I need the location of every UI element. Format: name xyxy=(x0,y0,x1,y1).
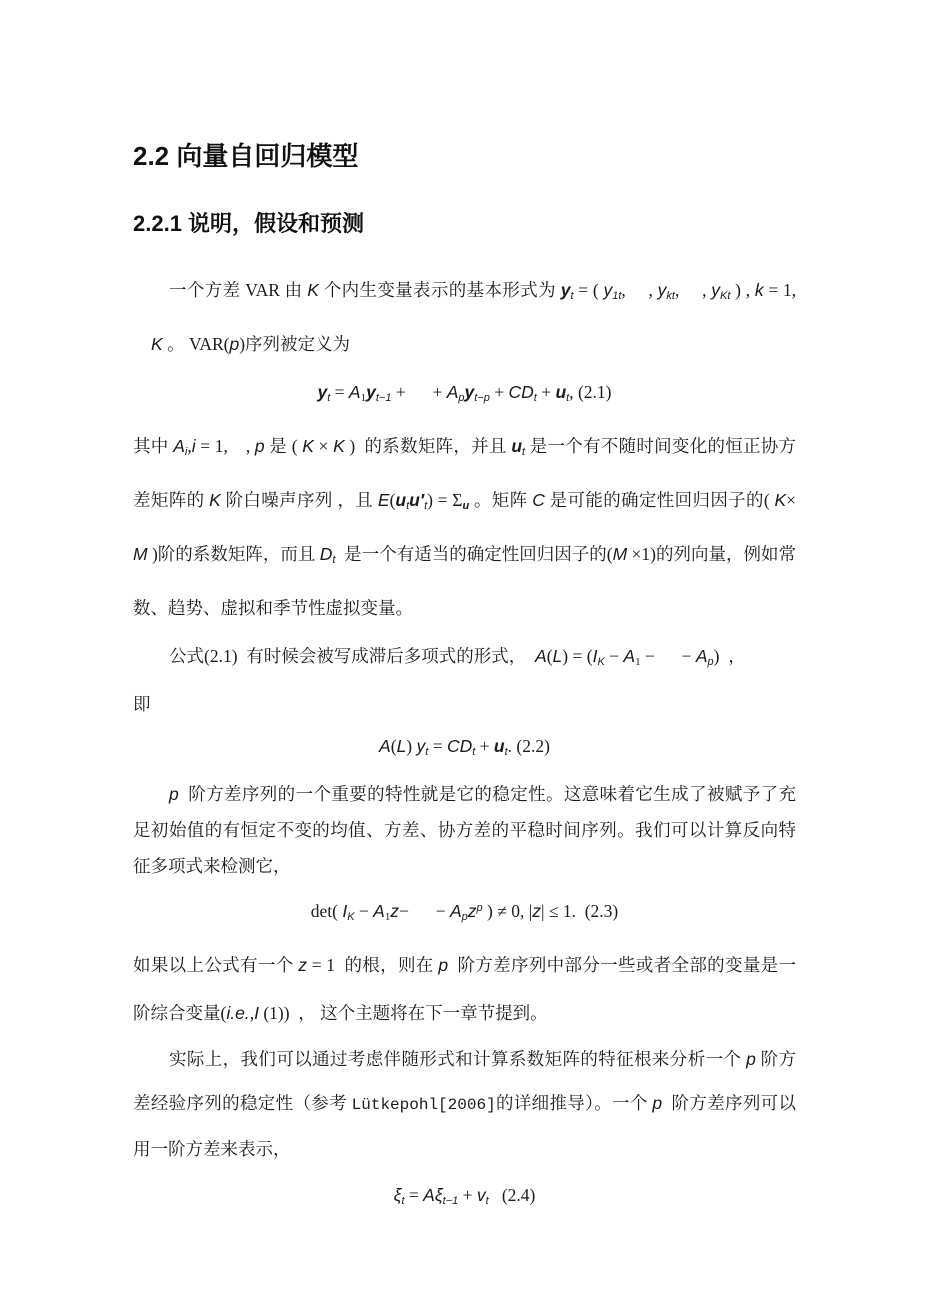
text-run: ( xyxy=(332,901,342,921)
text-run: K xyxy=(774,490,786,510)
text-run: K xyxy=(333,436,345,456)
text-run: , xyxy=(621,280,630,300)
text-run: A xyxy=(173,436,185,456)
text-run: p xyxy=(229,334,239,354)
text-run: p xyxy=(438,955,448,975)
text-run: y xyxy=(366,382,376,402)
text-run: A xyxy=(349,382,361,402)
text-run: M xyxy=(133,544,148,564)
text-run: , xyxy=(649,280,658,300)
text-run: 即 xyxy=(133,694,151,714)
text-run: (2.3) xyxy=(585,901,619,921)
text-run: 是一个有适当的确定性回归因子的 xyxy=(335,544,606,564)
text-run: kt xyxy=(666,290,675,302)
text-run: u xyxy=(511,436,522,456)
text-run: − xyxy=(355,901,374,921)
text-run: 实际上，我们可以通过考虑伴随形式和计算系数矩阵的特征根来分析一个 xyxy=(169,1049,746,1069)
text-run: A xyxy=(379,736,391,756)
formula-2-1: yt = A1yt−1 + + Apyt−p + CDt + ut, (2.1) xyxy=(133,368,796,422)
text-run: A xyxy=(450,901,462,921)
text-run: z xyxy=(298,955,307,975)
text-run: ) xyxy=(406,736,416,756)
text-run: u xyxy=(555,382,566,402)
text-run: + xyxy=(458,1185,477,1205)
text-run: A xyxy=(373,901,385,921)
text-run: + xyxy=(490,382,509,402)
text-run: M xyxy=(613,544,628,564)
text-run: y xyxy=(603,280,612,300)
text-run: 阶方差序列的一个重要的特性就是它的稳定性。这意味着它生成了被赋予了充足初始值的有… xyxy=(133,784,796,876)
paragraph-stability: p 阶方差序列的一个重要的特性就是它的稳定性。这意味着它生成了被赋予了充足初始值… xyxy=(133,776,796,884)
text-run: , xyxy=(569,382,578,402)
text-run: (2.4) xyxy=(502,1185,536,1205)
text-run: , xyxy=(675,280,684,300)
text-run: + xyxy=(537,382,556,402)
text-run: K xyxy=(597,656,604,668)
text-run: y xyxy=(318,382,328,402)
text-run xyxy=(489,1185,502,1205)
text-run: ( xyxy=(292,436,302,456)
text-run: u xyxy=(494,736,505,756)
text-run: ) , xyxy=(730,280,750,300)
text-run: VAR xyxy=(245,280,280,300)
text-run: E xyxy=(378,490,390,510)
text-run: 的根，则在 xyxy=(335,955,438,975)
text-run: 序列被定义为 xyxy=(245,334,350,354)
text-run: 。矩阵 xyxy=(469,490,532,510)
paragraph-namely: 即 xyxy=(133,686,796,722)
section-heading: 2.2 向量自回归模型 xyxy=(133,140,796,172)
text-run: t−p xyxy=(474,392,490,404)
subsection-heading: 2.2.1 说明，假设和预测 xyxy=(133,210,796,238)
text-run: i.e. xyxy=(226,1003,249,1023)
text-run: + xyxy=(391,382,410,402)
text-run: A xyxy=(423,1185,435,1205)
text-run: u′ xyxy=(409,490,424,510)
text-run: ξ xyxy=(435,1185,443,1205)
formula-2-3: det( IK − A1z− − Apzp ) ≠ 0, |z| ≤ 1. (2… xyxy=(133,884,796,941)
text-run: A xyxy=(623,646,635,666)
text-run: × xyxy=(786,490,800,510)
text-run: t−1 xyxy=(443,1195,459,1207)
paragraph-lag-polynomial: 公式(2.1) 有时候会被写成滞后多项式的形式， A(L) = (IK − A1… xyxy=(133,632,796,686)
text-run: 如果以上公式有一个 xyxy=(133,955,298,975)
text-run: + xyxy=(475,736,494,756)
text-run: ) = Σ xyxy=(427,490,462,510)
paragraph-unit-root: 如果以上公式有一个 z = 1 的根，则在 p 阶方差序列中部分一些或者全部的变… xyxy=(133,941,796,1037)
text-run: = xyxy=(428,736,447,756)
text-run: p xyxy=(746,1049,756,1069)
text-run: (2.1) xyxy=(578,382,612,402)
text-run: (2.1) xyxy=(204,646,238,666)
text-run: K xyxy=(151,334,163,354)
text-run: CD xyxy=(508,382,533,402)
text-run: z xyxy=(390,901,399,921)
text-run: = 1, xyxy=(196,436,228,456)
formula-2-2: A(L) yt = CDt + ut. (2.2) xyxy=(133,722,796,776)
text-run: 的系数矩阵，并且 xyxy=(355,436,511,456)
text-run: z xyxy=(468,901,477,921)
text-run: 由 xyxy=(280,280,307,300)
paragraph-coefficient-matrices: 其中 Ai,i = 1,, p 是 ( K × K ) 的系数矩阵，并且 ut … xyxy=(133,422,796,632)
text-run: = xyxy=(405,1185,424,1205)
text-run: K xyxy=(347,911,354,923)
text-run: ( xyxy=(764,490,775,510)
text-run: p xyxy=(169,784,179,804)
text-run: CD xyxy=(447,736,472,756)
text-run: = 1, xyxy=(764,280,796,300)
text-run: − xyxy=(605,646,624,666)
text-run: 。 xyxy=(163,334,189,354)
text-run: , xyxy=(702,280,711,300)
text-run: ， 这个主题将在下一章节提到。 xyxy=(290,1003,548,1023)
text-run: k xyxy=(755,280,764,300)
text-run: (2.2) xyxy=(516,736,550,756)
text-run: − xyxy=(677,646,696,666)
text-run: × xyxy=(314,436,333,456)
text-run: 其中 xyxy=(133,436,173,456)
text-run: − xyxy=(399,901,413,921)
text-run: 是 xyxy=(265,436,292,456)
text-run: ) xyxy=(345,436,355,456)
text-run: L xyxy=(553,646,563,666)
text-run: v xyxy=(477,1185,486,1205)
text-run: VAR xyxy=(189,334,224,354)
text-run: ×1) xyxy=(627,544,656,564)
text-run: t−1 xyxy=(376,392,392,404)
document-page: 2.2 向量自回归模型 2.2.1 说明，假设和预测 一个方差 VAR 由 K … xyxy=(0,0,926,1309)
text-run: 一个方差 xyxy=(169,280,245,300)
paragraph-companion-form: 实际上，我们可以通过考虑伴随形式和计算系数矩阵的特征根来分析一个 p 阶方差经验… xyxy=(133,1037,796,1171)
text-run: A xyxy=(447,382,459,402)
text-run: y xyxy=(465,382,475,402)
text-run: z xyxy=(532,901,541,921)
text-run: 阶的系数矩阵，而且 xyxy=(158,544,320,564)
text-run: − xyxy=(431,901,450,921)
text-run: (1)) xyxy=(259,1003,290,1023)
text-run: Kt xyxy=(720,290,730,302)
text-run: = 1 xyxy=(307,955,335,975)
text-run: + xyxy=(428,382,447,402)
text-run: ， xyxy=(719,646,745,666)
text-run: K xyxy=(209,490,221,510)
text-run: 是可能的确定性回归因子的 xyxy=(545,490,764,510)
text-run: C xyxy=(532,490,545,510)
text-run: D xyxy=(320,544,333,564)
text-run: u xyxy=(395,490,406,510)
text-run: K xyxy=(307,280,319,300)
text-run: L xyxy=(397,736,407,756)
text-run: y xyxy=(711,280,720,300)
text-run: − xyxy=(641,646,660,666)
text-run: 阶白噪声序列 ，且 xyxy=(221,490,378,510)
text-run: | ≤ 1. xyxy=(541,901,585,921)
text-run: p xyxy=(255,436,265,456)
text-run: p xyxy=(652,1093,662,1113)
text-run: 的详细推导）。一个 xyxy=(496,1093,653,1113)
text-run: 公式 xyxy=(169,646,204,666)
paragraph-var-basic-form: 一个方差 VAR 由 K 个内生变量表示的基本形式为 yt = ( y1t, ,… xyxy=(133,266,796,368)
formula-2-4: ξt = Aξt−1 + vt (2.4) xyxy=(133,1171,796,1225)
text-run: , xyxy=(246,436,255,456)
text-run: det xyxy=(311,901,332,921)
text-run: A xyxy=(696,646,708,666)
text-run: 有时候会被写成滞后多项式的形式， xyxy=(238,646,536,666)
text-run: = xyxy=(330,382,349,402)
text-run: ) ≠ 0, xyxy=(483,901,529,921)
text-run: K xyxy=(302,436,314,456)
text-run: y xyxy=(417,736,426,756)
text-run: Lütkepohl[2006] xyxy=(352,1096,496,1114)
text-run: ) xyxy=(148,544,158,564)
text-run: = ( xyxy=(574,280,604,300)
text-run: 个内生变量表示的基本形式为 xyxy=(319,280,561,300)
text-run: ) = ( xyxy=(562,646,592,666)
text-run: A xyxy=(535,646,547,666)
